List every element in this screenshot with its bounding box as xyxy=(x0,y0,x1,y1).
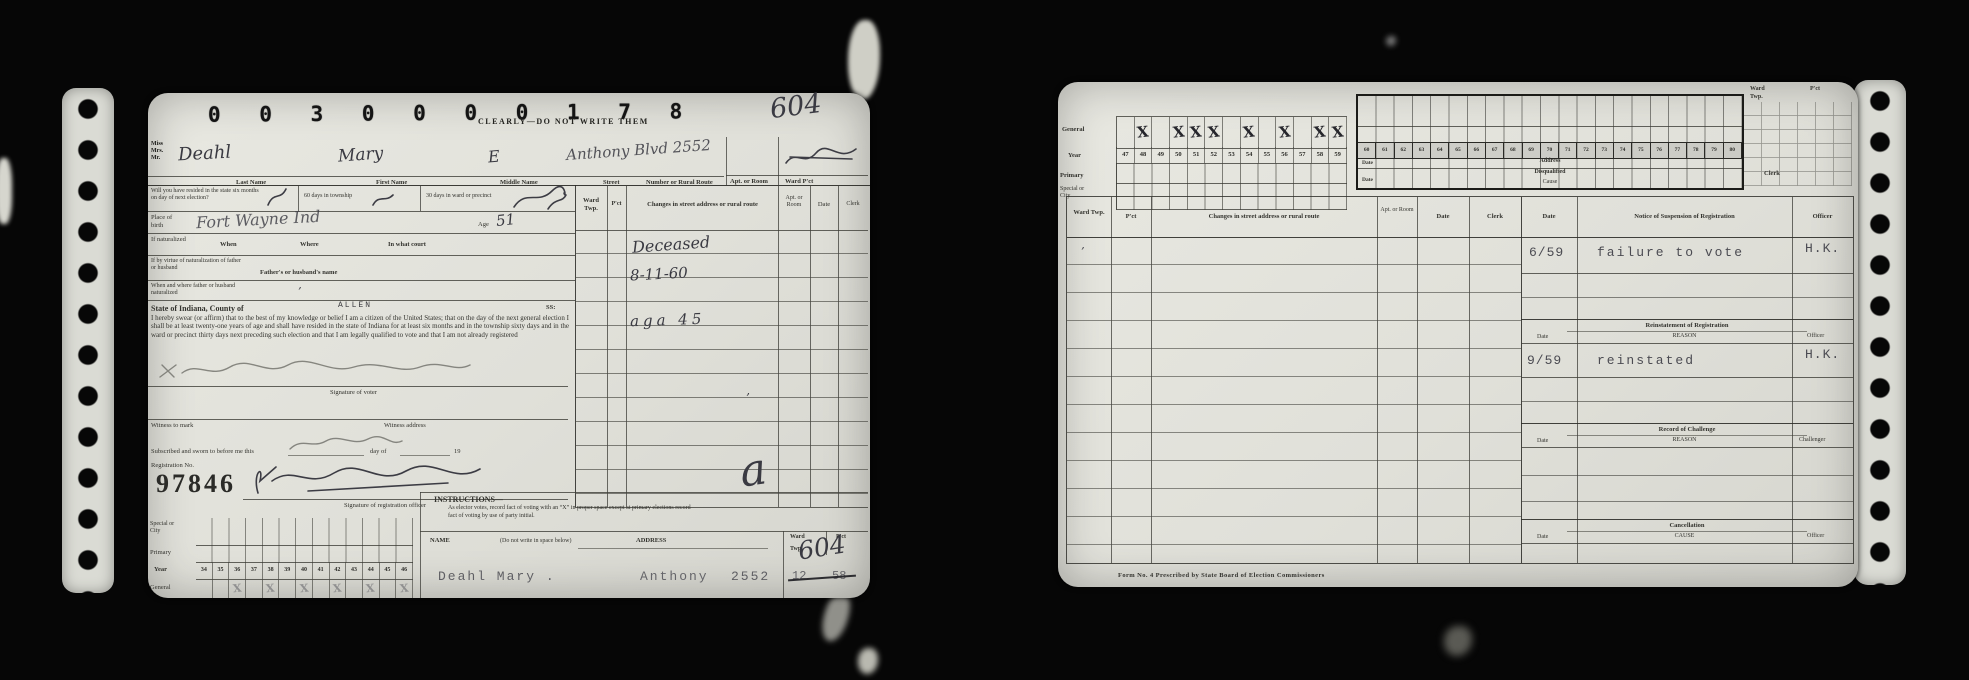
corner-grid xyxy=(1744,102,1852,186)
residency-q2: 60 days in township xyxy=(304,193,364,200)
cancellation-date-h: Date xyxy=(1537,534,1548,541)
grid-label-year: Year xyxy=(154,566,167,574)
th-clerk: Clerk xyxy=(1469,213,1521,221)
sworn-prefix: Subscribed and sworn to before me this xyxy=(151,448,254,456)
vote-grid-primary-row xyxy=(196,545,413,563)
voter-signature-scrawl xyxy=(158,359,478,385)
naturalized-when: When xyxy=(220,241,237,249)
suspension-date: 6/59 xyxy=(1529,245,1564,260)
vote-grid-special-row xyxy=(196,518,413,546)
witness-address-label: Witness address xyxy=(384,422,426,430)
sworn-day-label: day of xyxy=(370,448,386,456)
film-smudge xyxy=(858,648,878,674)
officer-signature-caption: Signature of registration officer xyxy=(344,502,426,510)
future-years-header: 6061626364656667686970717273747576777879… xyxy=(1358,142,1742,159)
corner-pct-label: P'ct xyxy=(1810,86,1820,93)
reinstatement-date: 9/59 xyxy=(1527,353,1562,368)
th-officer: Officer xyxy=(1792,213,1853,221)
vote-primary-row xyxy=(1116,163,1347,184)
th-date: Date xyxy=(1417,213,1469,221)
th-changes: Changes in street address or rural route xyxy=(1151,213,1377,221)
witness-mark-label: Witness to mark xyxy=(151,422,193,430)
suspension-reason: failure to vote xyxy=(1597,245,1744,260)
handwritten-street: Anthony Blvd 2552 xyxy=(566,136,712,164)
th-date2: Date xyxy=(1521,213,1577,221)
changes-header-pct: P'ct xyxy=(607,201,626,208)
officer-signature-scrawl xyxy=(248,461,498,499)
naturalized-where: Where xyxy=(300,241,319,249)
affidavit-state-line: State of Indiana, County of xyxy=(151,304,244,313)
age-label: Age xyxy=(478,221,489,229)
handwritten-middle-name: E xyxy=(487,147,500,167)
instr-name-label: NAME xyxy=(430,537,450,545)
pen-tick: ’ xyxy=(746,391,750,405)
changes-header-apt: Apt. or Room xyxy=(779,195,809,209)
cancellation-officer-h: Officer xyxy=(1807,533,1824,540)
th-apt: Apt. or Room xyxy=(1379,207,1415,214)
th-ward: Ward Twp. xyxy=(1069,209,1109,217)
changes-header-clerk: Clerk xyxy=(838,201,868,208)
registration-number: 97846 xyxy=(156,469,236,499)
challenge-date-h: Date xyxy=(1537,438,1548,445)
father-naturalized-label: When and where father or husband natural… xyxy=(151,283,261,297)
corner-clerk-label: Clerk xyxy=(1764,170,1780,178)
microfilm-scan: 0 0 3 0 0 0 0 1 7 8 CLEARLY—DO NOT WRITE… xyxy=(0,0,1969,680)
punch-hole-strip-right xyxy=(1854,80,1906,585)
punch-hole-strip-left xyxy=(62,88,114,593)
changes-header-ward: Ward Twp. xyxy=(576,197,606,212)
instr-address-label: ADDRESS xyxy=(636,537,666,545)
voter-registration-card: 0 0 3 0 0 0 0 1 7 8 CLEARLY—DO NOT WRITE… xyxy=(148,93,870,598)
handwritten-age: 51 xyxy=(495,210,516,230)
typed-number: 2552 xyxy=(731,569,770,584)
sworn-date-scrawl xyxy=(286,435,406,453)
vote-grid-general-row: XXXXXX xyxy=(196,579,413,598)
instructions-title: INSTRUCTIONS— xyxy=(434,495,503,504)
handwritten-first-name: Mary xyxy=(337,143,384,166)
affidavit-county: ALLEN xyxy=(338,301,372,310)
reinstatement-date-h: Date xyxy=(1537,334,1548,341)
cancellation-title: Cancellation xyxy=(1521,522,1853,530)
reinstatement-officer: H.K. xyxy=(1805,347,1840,362)
corner-ward-label: Ward xyxy=(1750,86,1765,93)
changes-grid-body xyxy=(575,230,868,507)
print-warning: CLEARLY—DO NOT WRITE THEM xyxy=(478,117,649,126)
sworn-year-label: 19 xyxy=(454,448,461,456)
birth-label: Place of birth xyxy=(151,214,185,229)
future-years-box: 6061626364656667686970717273747576777879… xyxy=(1356,94,1744,190)
corner-twp-label: Twp. xyxy=(1750,94,1763,101)
father-naturalized-tick: ’ xyxy=(298,285,302,298)
form-footer: Form No. 4 Prescribed by State Board of … xyxy=(1118,572,1325,580)
affidavit-ss: SS: xyxy=(546,304,555,312)
record-table-body xyxy=(1067,237,1521,563)
typed-name: Deahl Mary . xyxy=(438,569,556,584)
film-smudge xyxy=(0,158,12,224)
affidavit-text: I hereby swear (or affirm) that to the b… xyxy=(151,314,569,339)
instructions-line2: fact of voting by use of party initial. xyxy=(448,513,858,520)
cancellation-cause-h: CAUSE xyxy=(1577,533,1792,540)
reinstatement-reason: reinstated xyxy=(1597,353,1695,368)
residency-answer-mark-1 xyxy=(264,187,290,209)
challenge-reason-h: REASON xyxy=(1577,437,1792,444)
ward-box-scrawl xyxy=(782,141,862,171)
g2-address-label: Address xyxy=(1358,158,1742,165)
handwritten-note: aga 45 xyxy=(630,310,706,331)
vote-years-row: 47484950515253545556575859 xyxy=(1116,147,1347,164)
voting-record-card: General Year Primary Special or City XXX… xyxy=(1058,82,1858,587)
voter-signature-caption: Signature of voter xyxy=(330,389,377,397)
g2-cause-label: Cause xyxy=(1358,179,1742,186)
th-pct: P'ct xyxy=(1111,213,1151,221)
residency-answer-mark-3 xyxy=(508,187,568,211)
handwritten-ward-number-top: 604 xyxy=(768,88,823,125)
residency-answer-mark-2 xyxy=(370,191,396,209)
film-smudge xyxy=(1386,36,1396,46)
grid-label-general: General xyxy=(150,584,171,592)
handwritten-deceased-date: 8-11-60 xyxy=(630,263,689,284)
reinstatement-officer-h: Officer xyxy=(1807,333,1824,340)
naturalized-label: If naturalized xyxy=(151,236,191,244)
vote-marks-row-general: XXXXXXXX xyxy=(1116,116,1347,149)
changes-header-changes: Changes in street address or rural route xyxy=(630,201,775,209)
r-label-general: General xyxy=(1062,126,1084,134)
challenge-officer-h: Challenger xyxy=(1799,437,1825,444)
grid-label-special: Special or City xyxy=(150,521,184,535)
suspension-officer: H.K. xyxy=(1805,241,1840,256)
reinstatement-reason-h: REASON xyxy=(1577,333,1792,340)
vote-grid-year-row: 34353637383940414243444546 xyxy=(196,562,413,580)
film-smudge xyxy=(1444,626,1472,656)
th-notice: Notice of Suspension of Registration xyxy=(1577,213,1792,221)
residency-q3: 30 days in ward or precinct xyxy=(426,193,506,200)
challenge-title: Record of Challenge xyxy=(1521,426,1853,434)
virtue-label: If by virtue of naturalization of father… xyxy=(151,258,243,272)
r-label-year: Year xyxy=(1068,152,1081,160)
reinstatement-title: Reinstatement of Registration xyxy=(1521,322,1853,330)
typed-street: Anthony xyxy=(640,569,709,584)
virtue-name-label: Father's or husband's name xyxy=(260,269,337,277)
handwritten-ward-number-bottom: 604 xyxy=(796,529,848,565)
handwritten-last-name: Deahl xyxy=(177,142,231,166)
grid-label-primary: Primary xyxy=(150,549,171,557)
film-smudge xyxy=(848,20,880,100)
r-label-primary: Primary xyxy=(1060,172,1083,180)
record-table: Ward Twp. P'ct Changes in street address… xyxy=(1066,196,1854,564)
instructions-line1: As elector votes, record fact of voting … xyxy=(448,505,858,512)
prefix-labels: MissMrs.Mr. xyxy=(151,141,163,162)
residency-q1: Will you have resided in the state six m… xyxy=(151,188,263,202)
changes-header-date: Date xyxy=(810,201,838,209)
pen-tick-ward: ’ xyxy=(1081,245,1085,258)
g2-disqualified-label: Disqualified xyxy=(1358,169,1742,176)
instr-note: (Do not write in space below) xyxy=(500,538,571,545)
naturalized-court: In what court xyxy=(388,241,426,249)
